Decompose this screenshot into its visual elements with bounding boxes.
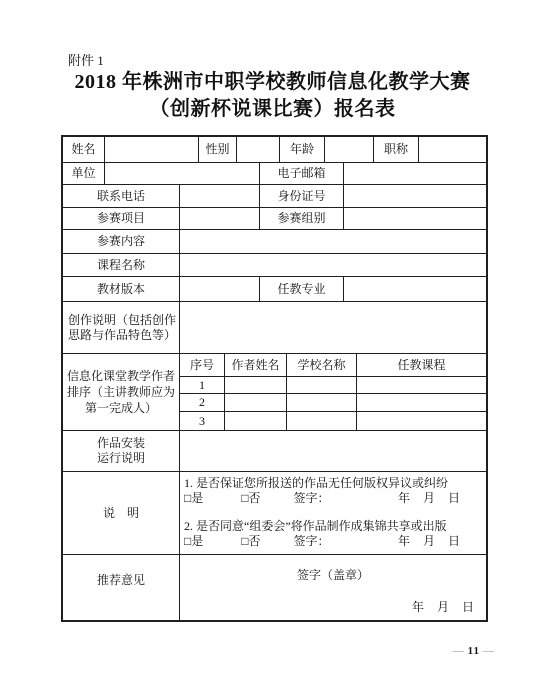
course-name-value-cell (180, 254, 486, 276)
title-line-1: 2018 年株洲市中职学校教师信息化教学大赛 (0, 69, 545, 96)
row-name-gender-age-title: 姓名 性别 年龄 职称 (63, 137, 486, 163)
author-3-name-cell (225, 412, 287, 430)
authors-label-line-3: 第一完成人） (85, 400, 157, 416)
teaching-major-value-cell (344, 277, 486, 301)
registration-form-table: 姓名 性别 年龄 职称 单位 电子邮箱 联系电话 身份证号 参赛项目 (61, 135, 488, 622)
install-label-line-1: 作品安装 (97, 436, 145, 451)
entry-group-value-cell (344, 208, 486, 229)
year-label-2: 年 (398, 534, 410, 549)
author-1-no: 1 (180, 377, 225, 394)
install-note-label: 作品安装 运行说明 (63, 431, 180, 471)
name-value-cell (105, 137, 199, 162)
creation-note-label: 创作说明（包括创作 思路与作品特色等） (63, 302, 180, 353)
entry-item-label: 参赛项目 (63, 208, 180, 229)
authors-ordering-label: 信息化课堂教学作者 排序（主讲教师应为 第一完成人） (63, 354, 180, 430)
authors-row-1: 1 (180, 377, 486, 395)
name-label: 姓名 (63, 137, 105, 162)
date-fields-1: 年 月 日 (398, 491, 460, 506)
date-fields-2: 年 月 日 (398, 534, 460, 549)
entry-item-value-cell (180, 208, 260, 229)
rec-day-label: 日 (462, 600, 474, 615)
authors-row-3: 3 (180, 412, 486, 430)
age-value-cell (325, 137, 374, 162)
page-number: —11— (453, 645, 495, 657)
phone-value-cell (180, 185, 260, 207)
page-number-dash-left: — (453, 645, 465, 657)
authors-label-line-1: 信息化课堂教学作者 (67, 368, 175, 384)
row-entry-content: 参赛内容 (63, 230, 486, 254)
row-creation-note: 创作说明（包括创作 思路与作品特色等） (63, 302, 486, 354)
email-label: 电子邮箱 (260, 163, 344, 184)
signature-label-2: 签字： (294, 534, 330, 549)
notes-label: 说 明 (63, 472, 180, 554)
author-3-no: 3 (180, 412, 225, 430)
rec-month-label: 月 (437, 600, 449, 615)
unit-value-cell (105, 163, 260, 184)
recommendation-date-fields: 年 月 日 (412, 600, 474, 615)
page-number-value: 11 (465, 645, 483, 657)
author-2-school-cell (287, 394, 357, 411)
gender-value-cell (237, 137, 280, 162)
checkbox-yes-2: □是 (184, 534, 203, 549)
author-2-name-cell (225, 394, 287, 411)
author-2-no: 2 (180, 394, 225, 411)
document-page: 附件 1 2018 年株洲市中职学校教师信息化教学大赛 （创新杯说课比赛）报名表… (0, 0, 545, 693)
course-name-label: 课程名称 (63, 254, 180, 276)
month-label-1: 月 (423, 491, 435, 506)
page-number-dash-right: — (483, 645, 495, 657)
checkbox-yes-1: □是 (184, 491, 203, 506)
year-label-1: 年 (398, 491, 410, 506)
checkbox-no-2: □否 (241, 534, 260, 549)
age-label: 年龄 (280, 137, 325, 162)
rec-year-label: 年 (412, 600, 424, 615)
signature-seal-label: 签字（盖章） (192, 568, 474, 583)
row-course-name: 课程名称 (63, 254, 486, 277)
row-notes: 说 明 1. 是否保证您所报送的作品无任何版权异议或纠纷 □是 □否 签字： 年… (63, 472, 486, 555)
jobtitle-label: 职称 (374, 137, 419, 162)
authors-row-2: 2 (180, 394, 486, 412)
authors-header-course: 任教课程 (357, 354, 486, 376)
title-line-2: （创新杯说课比赛）报名表 (0, 96, 545, 123)
row-entry-item-group: 参赛项目 参赛组别 (63, 208, 486, 230)
row-recommendation: 推荐意见 签字（盖章） 年 月 日 (63, 555, 486, 620)
row-textbook-major: 教材版本 任教专业 (63, 277, 486, 302)
author-3-school-cell (287, 412, 357, 430)
author-1-course-cell (357, 377, 486, 394)
checkbox-no-1: □否 (241, 491, 260, 506)
day-label-2: 日 (448, 534, 460, 549)
row-authors-ordering: 信息化课堂教学作者 排序（主讲教师应为 第一完成人） 序号 作者姓名 学校名称 … (63, 354, 486, 431)
textbook-value-cell (180, 277, 260, 301)
recommendation-label: 推荐意见 (63, 555, 180, 620)
creation-note-value-cell (180, 302, 486, 353)
jobtitle-value-cell (419, 137, 486, 162)
install-label-line-2: 运行说明 (97, 451, 145, 466)
entry-content-value-cell (180, 230, 486, 253)
id-number-value-cell (344, 185, 486, 207)
entry-content-label: 参赛内容 (63, 230, 180, 253)
authors-header-row: 序号 作者姓名 学校名称 任教课程 (180, 354, 486, 377)
recommendation-content-cell: 签字（盖章） 年 月 日 (180, 555, 486, 620)
authors-label-line-2: 排序（主讲教师应为 (67, 384, 175, 400)
entry-group-label: 参赛组别 (260, 208, 344, 229)
day-label-1: 日 (448, 491, 460, 506)
notes-statement-1: 1. 是否保证您所报送的作品无任何版权异议或纠纷 (184, 476, 480, 491)
notes-content-cell: 1. 是否保证您所报送的作品无任何版权异议或纠纷 □是 □否 签字： 年 月 日… (180, 472, 486, 554)
author-1-name-cell (225, 377, 287, 394)
month-label-2: 月 (423, 534, 435, 549)
author-1-school-cell (287, 377, 357, 394)
document-title: 2018 年株洲市中职学校教师信息化教学大赛 （创新杯说课比赛）报名表 (0, 69, 545, 123)
phone-label: 联系电话 (63, 185, 180, 207)
notes-checkbox-line-2: □是 □否 签字： 年 月 日 (184, 534, 480, 549)
email-value-cell (344, 163, 486, 184)
teaching-major-label: 任教专业 (260, 277, 344, 301)
authors-subtable: 序号 作者姓名 学校名称 任教课程 1 2 (180, 354, 486, 430)
creation-note-label-line-2: 思路与作品特色等） (68, 328, 176, 343)
unit-label: 单位 (63, 163, 105, 184)
authors-header-name: 作者姓名 (225, 354, 287, 376)
install-note-value-cell (180, 431, 486, 471)
gender-label: 性别 (199, 137, 237, 162)
row-phone-id: 联系电话 身份证号 (63, 185, 486, 208)
authors-header-no: 序号 (180, 354, 225, 376)
notes-statement-2: 2. 是否同意“组委会”将作品制作成集锦共享或出版 (184, 519, 480, 534)
attachment-label: 附件 1 (68, 50, 104, 69)
creation-note-label-line-1: 创作说明（包括创作 (68, 313, 176, 328)
id-number-label: 身份证号 (260, 185, 344, 207)
row-unit-email: 单位 电子邮箱 (63, 163, 486, 185)
textbook-label: 教材版本 (63, 277, 180, 301)
signature-label-1: 签字： (294, 491, 330, 506)
row-install-note: 作品安装 运行说明 (63, 431, 486, 472)
authors-header-school: 学校名称 (287, 354, 357, 376)
author-3-course-cell (357, 412, 486, 430)
author-2-course-cell (357, 394, 486, 411)
notes-checkbox-line-1: □是 □否 签字： 年 月 日 (184, 491, 480, 506)
